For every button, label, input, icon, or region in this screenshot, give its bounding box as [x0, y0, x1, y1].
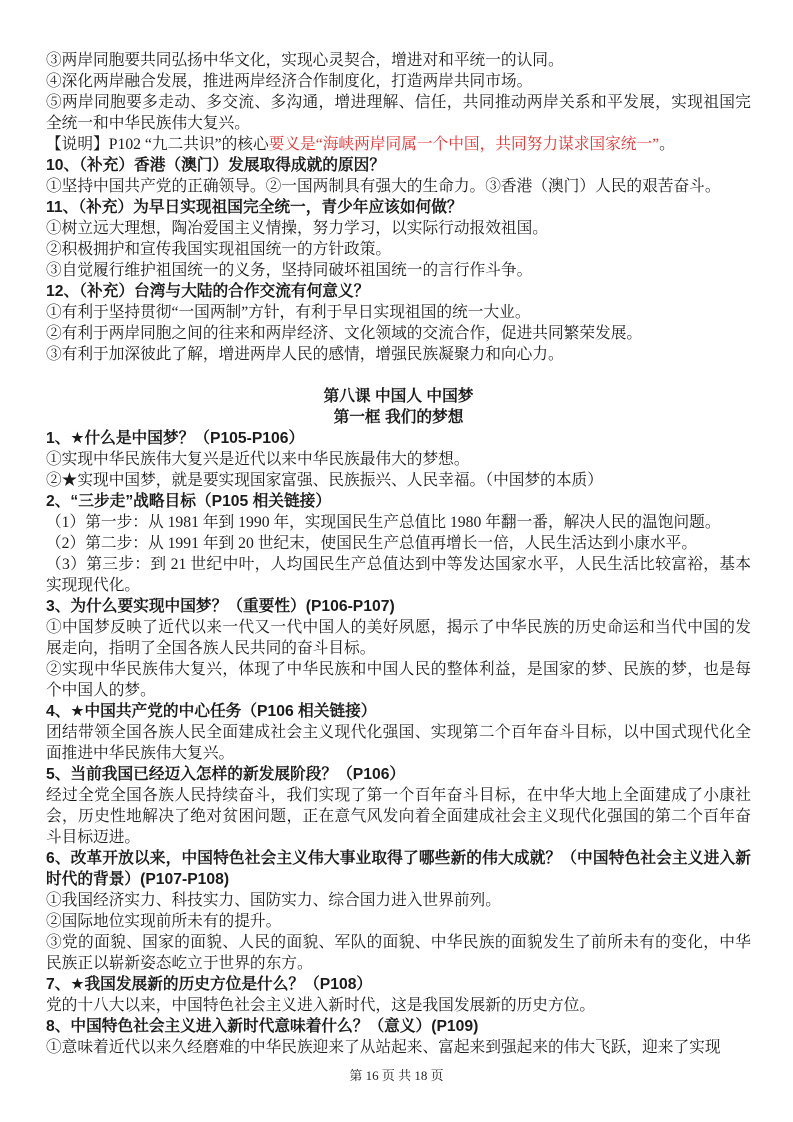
paragraph: 经过全党全国各族人民持续奋斗，我们实现了第一个百年奋斗目标，在中华大地上全面建成… — [46, 785, 751, 848]
paragraph: ②国际地位实现前所未有的提升。 — [46, 911, 751, 932]
text-run: ④深化两岸融合发展，推进两岸经济合作制度化，打造两岸共同市场。 — [46, 73, 532, 90]
text-run: 【说明】P102 “九二共识”的核心 — [46, 136, 269, 153]
text-run: ⑤两岸同胞要多走动、多交流、多沟通，增进理解、信任，共同推动两岸关系和平发展，实… — [46, 94, 751, 132]
text-run: 3、为什么要实现中国梦？（重要性）(P106-P107) — [46, 598, 395, 615]
text-run: （1）第一步：从 1981 年到 1990 年，实现国民生产总值比 1980 年… — [46, 514, 721, 531]
paragraph: ③党的面貌、国家的面貌、人民的面貌、军队的面貌、中华民族的面貌发生了前所未有的变… — [46, 932, 751, 974]
paragraph: （2）第二步：从 1991 年到 20 世纪末，使国民生产总值再增长一倍，人民生… — [46, 533, 751, 554]
paragraph: ①树立远大理想，陶冶爱国主义情操，努力学习，以实际行动报效祖国。 — [46, 218, 751, 239]
text-run: ③有利于加深彼此了解，增进两岸人民的感情，增强民族凝聚力和向心力。 — [46, 346, 564, 363]
text-run: ①有利于坚持贯彻“一国两制”方针，有利于早日实现祖国的统一大业。 — [46, 304, 531, 321]
question-heading: 6、改革开放以来，中国特色社会主义伟大事业取得了哪些新的伟大成就？（中国特色社会… — [46, 848, 751, 890]
question-heading: 7、★我国发展新的历史方位是什么？（P108） — [46, 974, 751, 995]
paragraph: ⑤两岸同胞要多走动、多交流、多沟通，增进理解、信任，共同推动两岸关系和平发展，实… — [46, 92, 751, 134]
paragraph: 团结带领全国各族人民全面建成社会主义现代化强国、实现第二个百年奋斗目标，以中国式… — [46, 722, 751, 764]
text-run: ①坚持中国共产党的正确领导。②一国两制具有强大的生命力。③香港（澳门）人民的艰苦… — [46, 178, 721, 195]
text-run: （2）第二步：从 1991 年到 20 世纪末，使国民生产总值再增长一倍，人民生… — [46, 535, 697, 552]
text-run: ③党的面貌、国家的面貌、人民的面貌、军队的面貌、中华民族的面貌发生了前所未有的变… — [46, 934, 751, 972]
text-run: 经过全党全国各族人民持续奋斗，我们实现了第一个百年奋斗目标，在中华大地上全面建成… — [46, 787, 751, 846]
text-run: ②有利于两岸同胞之间的往来和两岸经济、文化领域的交流合作，促进共同繁荣发展。 — [46, 325, 642, 342]
question-heading: 4、★中国共产党的中心任务（P106 相关链接） — [46, 701, 751, 722]
page-canvas: ③两岸同胞要共同弘扬中华文化，实现心灵契合，增进对和平统一的认同。④深化两岸融合… — [0, 0, 793, 1122]
paragraph: ②实现中华民族伟大复兴，体现了中华民族和中国人民的整体利益，是国家的梦、民族的梦… — [46, 659, 751, 701]
text-run: 5、当前我国已经迈入怎样的新发展阶段？（P106） — [46, 766, 405, 783]
paragraph: 【说明】P102 “九二共识”的核心要义是“海峡两岸同属一个中国，共同努力谋求国… — [46, 134, 751, 155]
text-run: ②国际地位实现前所未有的提升。 — [46, 913, 281, 930]
highlighted-red-text: 要义是“海峡两岸同属一个中国，共同努力谋求国家统一” — [269, 136, 659, 153]
text-run: 。 — [659, 136, 675, 153]
paragraph: 党的十八大以来，中国特色社会主义进入新时代，这是我国发展新的历史方位。 — [46, 995, 751, 1016]
question-heading: 5、当前我国已经迈入怎样的新发展阶段？（P106） — [46, 764, 751, 785]
text-run: 8、中国特色社会主义进入新时代意味着什么？（意义）(P109) — [46, 1018, 478, 1035]
page-number: 第 16 页 共 18 页 — [349, 1068, 443, 1083]
text-run: 2、“三步走”战略目标（P105 相关链接） — [46, 493, 331, 510]
paragraph: ①有利于坚持贯彻“一国两制”方针，有利于早日实现祖国的统一大业。 — [46, 302, 751, 323]
paragraph: （3）第三步：到 21 世纪中叶，人均国民生产总值达到中等发达国家水平，人民生活… — [46, 554, 751, 596]
paragraph: ①意味着近代以来久经磨难的中华民族迎来了从站起来、富起来到强起来的伟大飞跃，迎来… — [46, 1037, 751, 1058]
text-run: ①意味着近代以来久经磨难的中华民族迎来了从站起来、富起来到强起来的伟大飞跃，迎来… — [46, 1039, 721, 1056]
text-run: 10、（补充）香港（澳门）发展取得成就的原因？ — [46, 157, 385, 174]
question-heading: 12、（补充）台湾与大陆的合作交流有何意义？ — [46, 281, 751, 302]
document-page: { "page": { "width": 793, "height": 1122… — [0, 0, 793, 1122]
text-run: ②积极拥护和宣传我国实现祖国统一的方针政策。 — [46, 241, 391, 258]
text-run: 4、★中国共产党的中心任务（P106 相关链接） — [46, 703, 376, 720]
question-heading: 11、（补充）为早日实现祖国完全统一，青少年应该如何做？ — [46, 197, 751, 218]
paragraph: ②★实现中国梦，就是要实现国家富强、民族振兴、人民幸福。（中国梦的本质） — [46, 470, 751, 491]
paragraph: ②积极拥护和宣传我国实现祖国统一的方针政策。 — [46, 239, 751, 260]
paragraph: ①我国经济实力、科技实力、国防实力、综合国力进入世界前列。 — [46, 890, 751, 911]
text-run: 党的十八大以来，中国特色社会主义进入新时代，这是我国发展新的历史方位。 — [46, 997, 595, 1014]
text-run: ①实现中华民族伟大复兴是近代以来中华民族最伟大的梦想。 — [46, 451, 470, 468]
paragraph: ①坚持中国共产党的正确领导。②一国两制具有强大的生命力。③香港（澳门）人民的艰苦… — [46, 176, 751, 197]
text-run: ②实现中华民族伟大复兴，体现了中华民族和中国人民的整体利益，是国家的梦、民族的梦… — [46, 661, 751, 699]
question-heading: 3、为什么要实现中国梦？（重要性）(P106-P107) — [46, 596, 751, 617]
text-run: 11、（补充）为早日实现祖国完全统一，青少年应该如何做？ — [46, 199, 463, 216]
text-run: 团结带领全国各族人民全面建成社会主义现代化强国、实现第二个百年奋斗目标，以中国式… — [46, 724, 751, 762]
paragraph: ④深化两岸融合发展，推进两岸经济合作制度化，打造两岸共同市场。 — [46, 71, 751, 92]
question-heading: 2、“三步走”战略目标（P105 相关链接） — [46, 491, 751, 512]
paragraph: ③自觉履行维护祖国统一的义务，坚持同破坏祖国统一的言行作斗争。 — [46, 260, 751, 281]
text-run: 12、（补充）台湾与大陆的合作交流有何意义？ — [46, 283, 369, 300]
paragraph: ①实现中华民族伟大复兴是近代以来中华民族最伟大的梦想。 — [46, 449, 751, 470]
text-run: 第一框 我们的梦想 — [334, 409, 464, 426]
text-run: 1、★什么是中国梦？（P105-P106） — [46, 430, 304, 447]
text-run: ③自觉履行维护祖国统一的义务，坚持同破坏祖国统一的言行作斗争。 — [46, 262, 532, 279]
section-title: 第八课 中国人 中国梦 — [46, 386, 751, 407]
question-heading: 10、（补充）香港（澳门）发展取得成就的原因？ — [46, 155, 751, 176]
text-run: （3）第三步：到 21 世纪中叶，人均国民生产总值达到中等发达国家水平，人民生活… — [46, 556, 751, 594]
text-run: ③两岸同胞要共同弘扬中华文化，实现心灵契合，增进对和平统一的认同。 — [46, 52, 564, 69]
text-run: 第八课 中国人 中国梦 — [324, 388, 474, 405]
text-run: ②★实现中国梦，就是要实现国家富强、民族振兴、人民幸福。（中国梦的本质） — [46, 472, 603, 489]
page-footer: 第 16 页 共 18 页 — [0, 1068, 793, 1084]
section-title: 第一框 我们的梦想 — [46, 407, 751, 428]
text-run: ①中国梦反映了近代以来一代又一代中国人的美好夙愿，揭示了中华民族的历史命运和当代… — [46, 619, 751, 657]
question-heading: 8、中国特色社会主义进入新时代意味着什么？（意义）(P109) — [46, 1016, 751, 1037]
text-run: ①我国经济实力、科技实力、国防实力、综合国力进入世界前列。 — [46, 892, 501, 909]
document-body: ③两岸同胞要共同弘扬中华文化，实现心灵契合，增进对和平统一的认同。④深化两岸融合… — [46, 50, 751, 1058]
text-run: 6、改革开放以来，中国特色社会主义伟大事业取得了哪些新的伟大成就？（中国特色社会… — [46, 850, 751, 888]
question-heading: 1、★什么是中国梦？（P105-P106） — [46, 428, 751, 449]
paragraph: ②有利于两岸同胞之间的往来和两岸经济、文化领域的交流合作，促进共同繁荣发展。 — [46, 323, 751, 344]
text-run: 7、★我国发展新的历史方位是什么？（P108） — [46, 976, 372, 993]
paragraph: ①中国梦反映了近代以来一代又一代中国人的美好夙愿，揭示了中华民族的历史命运和当代… — [46, 617, 751, 659]
text-run: ①树立远大理想，陶冶爱国主义情操，努力学习，以实际行动报效祖国。 — [46, 220, 548, 237]
paragraph: ③有利于加深彼此了解，增进两岸人民的感情，增强民族凝聚力和向心力。 — [46, 344, 751, 365]
paragraph: ③两岸同胞要共同弘扬中华文化，实现心灵契合，增进对和平统一的认同。 — [46, 50, 751, 71]
paragraph: （1）第一步：从 1981 年到 1990 年，实现国民生产总值比 1980 年… — [46, 512, 751, 533]
blank-line — [46, 365, 751, 386]
